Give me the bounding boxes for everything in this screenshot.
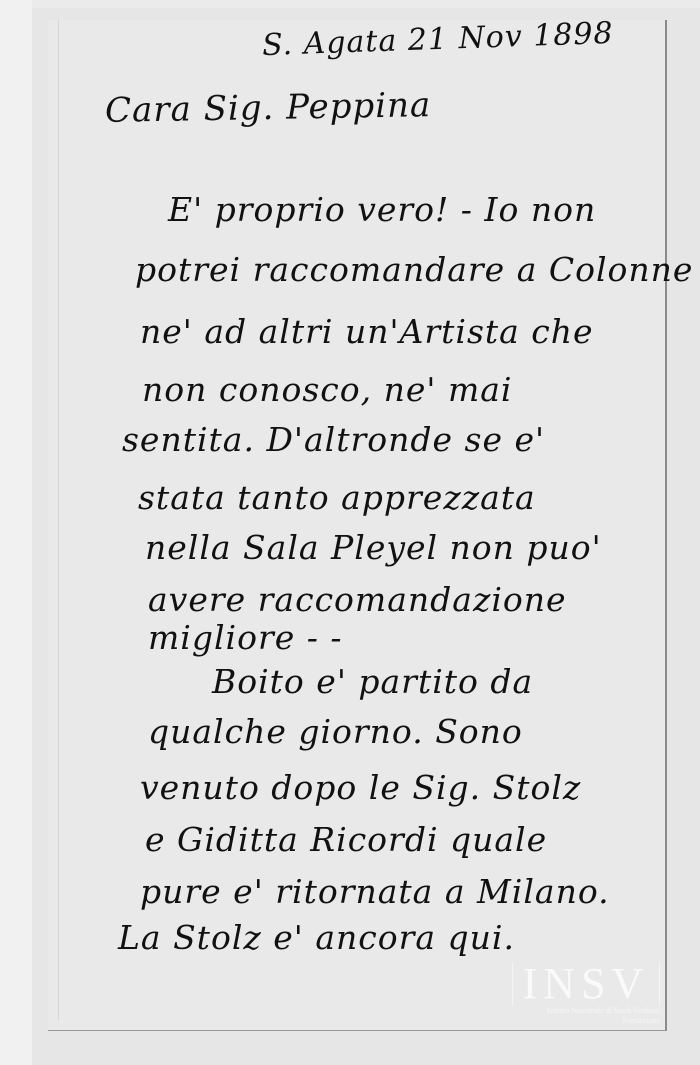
scan-margin [0,0,32,1065]
letter-line: avere raccomandazione [148,580,567,619]
letter-line: venuto dopo le Sig. Stolz [140,768,581,807]
letter-line: Boito e' partito da [212,662,533,701]
letter-line: migliore - - [148,618,343,657]
letter-line: La Stolz e' ancora qui. [118,918,515,957]
watermark-foundation: Fondazione [512,1016,660,1026]
letter-line: potrei raccomandare a Colonne [135,250,693,289]
letter-line: stata tanto apprezzata [138,478,536,517]
paper-fold-line [58,20,59,1020]
letter-line: ne' ad altri un'Artista che [140,312,594,351]
insv-logo: INSV [512,962,660,1006]
letter-line: e Giditta Ricordi quale [145,820,547,859]
letter-line: sentita. D'altronde se e' [122,420,545,459]
letter-line: non conosco, ne' mai [142,370,512,409]
letter-salutation: Cara Sig. Peppina [105,85,432,131]
letter-line: pure e' ritornata a Milano. [140,872,610,911]
insv-watermark: INSV Istituto Nazionale di Studi Verdian… [512,962,660,1032]
letter-line: nella Sala Pleyel non puo' [145,528,602,567]
letter-line: qualche giorno. Sono [148,712,523,751]
letter-line: E' proprio vero! - Io non [168,190,596,229]
